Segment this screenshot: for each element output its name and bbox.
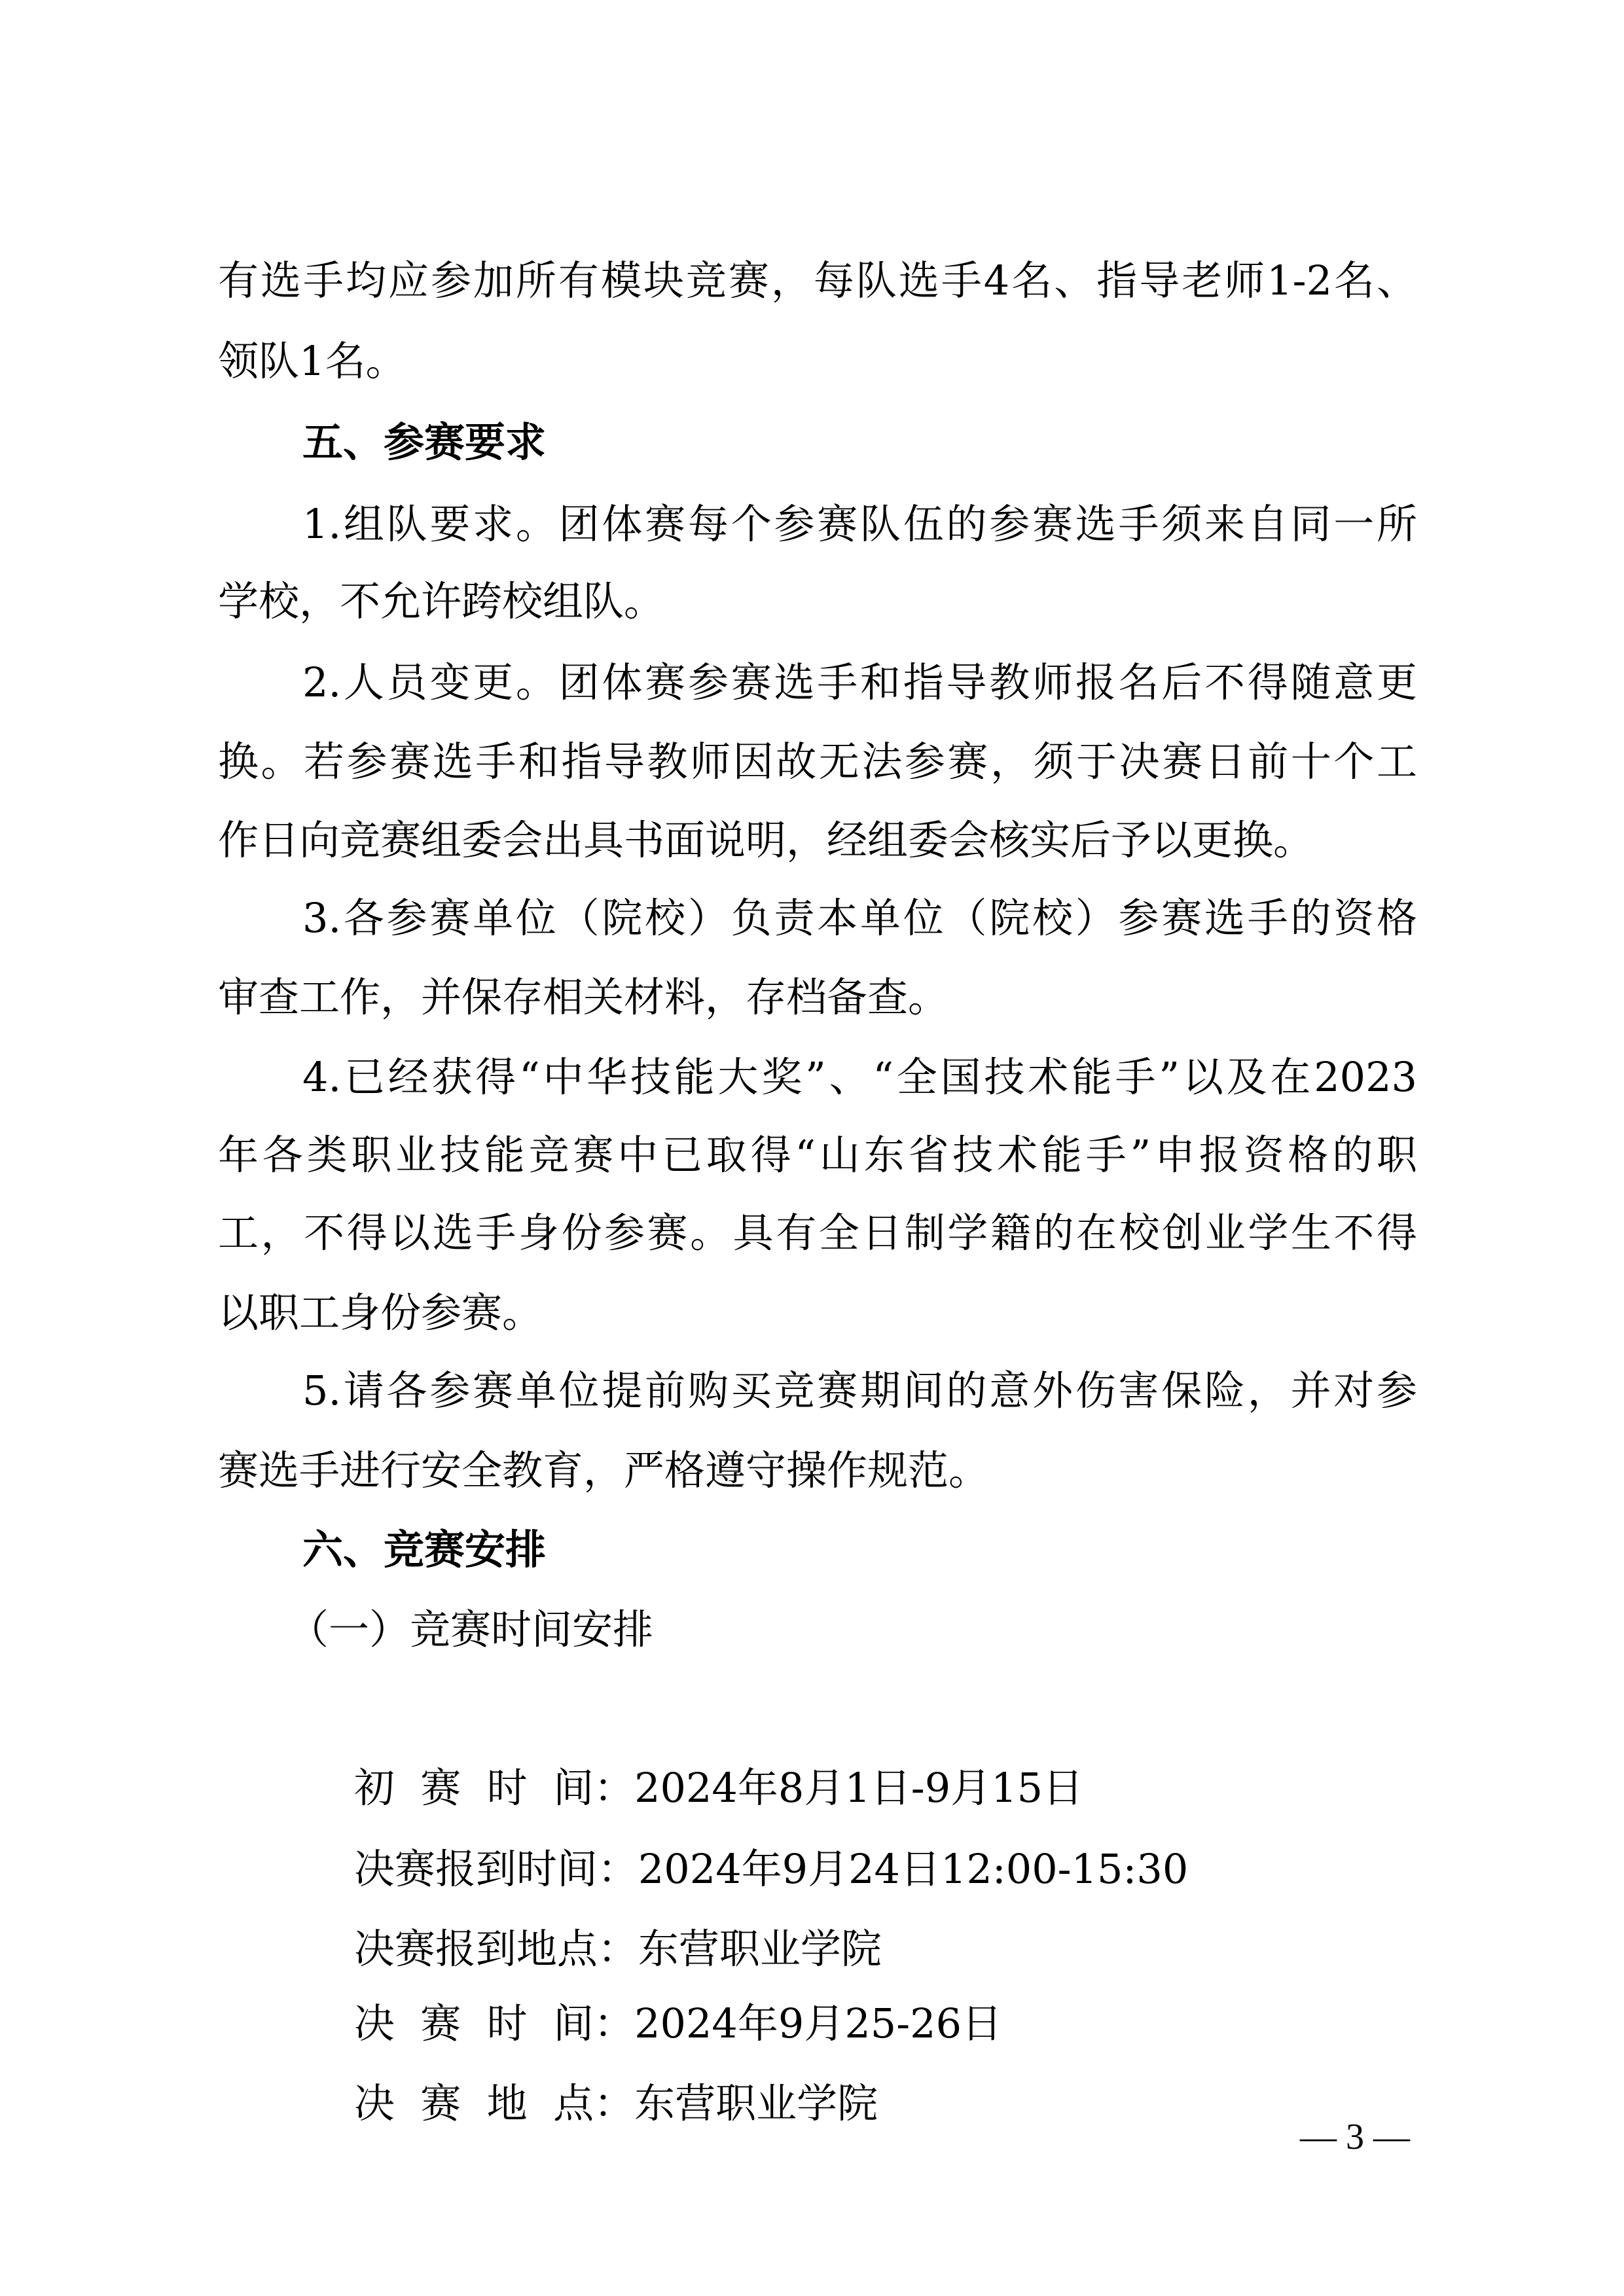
paragraph-line: 赛选手进行安全教育，严格遵守操作规范。 [218,1431,1417,1510]
schedule-row: 决赛报到时间：2024年9月24日12:00-15:30 [302,1750,1417,1829]
paragraph-line: 以职工身份参赛。 [218,1273,1417,1352]
schedule-label: 决 赛 地 点： [354,2079,634,2127]
paragraph-line: 有选手均应参加所有模块竞赛，每队选手4名、指导老师1-2名、 [218,241,1417,320]
subsection-heading: （一）竞赛时间安排 [288,1590,1417,1669]
schedule-row: 决 赛 地 点：东营职业学院 [302,1984,1417,2064]
schedule-value: 东营职业学院 [634,2079,878,2127]
section-heading: 五、参赛要求 [302,403,1417,482]
paragraph-line: 4.已经获得“中华技能大奖”、“全国技术能手”以及在2023 [302,1037,1417,1117]
paragraph-line: 工，不得以选手身份参赛。具有全日制学籍的在校创业学生不得 [218,1193,1417,1272]
paragraph-line: 作日向竞赛组委会出具书面说明，经组委会核实后予以更换。 [218,800,1417,880]
section-heading: 六、竞赛安排 [302,1510,1417,1589]
schedule-row: 决赛报到地点：东营职业学院 [302,1830,1417,1909]
page-number: — 3 — [1283,2114,1427,2160]
paragraph-line: 2.人员变更。团体赛参赛选手和指导教师报名后不得随意更 [302,643,1417,722]
paragraph-line: 年各类职业技能竞赛中已取得“山东省技术能手”申报资格的职 [218,1115,1417,1194]
paragraph-line: 换。若参赛选手和指导教师因故无法参赛，须于决赛日前十个工 [218,722,1417,801]
paragraph-line: 学校，不允许跨校组队。 [218,562,1417,641]
paragraph-line: 3.各参赛单位（院校）负责本单位（院校）参赛选手的资格 [302,878,1417,958]
schedule-row: 决 赛 时 间：2024年9月25-26日 [302,1905,1417,1984]
paragraph-line: 1.组队要求。团体赛每个参赛队伍的参赛选手须来自同一所 [302,484,1417,564]
document-page: 有选手均应参加所有模块竞赛，每队选手4名、指导老师1-2名、 领队1名。 五、参… [0,0,1624,2296]
paragraph-line: 审查工作，并保存相关材料，存档备查。 [218,958,1417,1037]
paragraph-line: 5.请各参赛单位提前购买竞赛期间的意外伤害保险，并对参 [302,1351,1417,1430]
paragraph-line: 领队1名。 [218,321,1417,401]
schedule-row: 初 赛 时 间：2024年8月1日-9月15日 [302,1669,1417,1748]
